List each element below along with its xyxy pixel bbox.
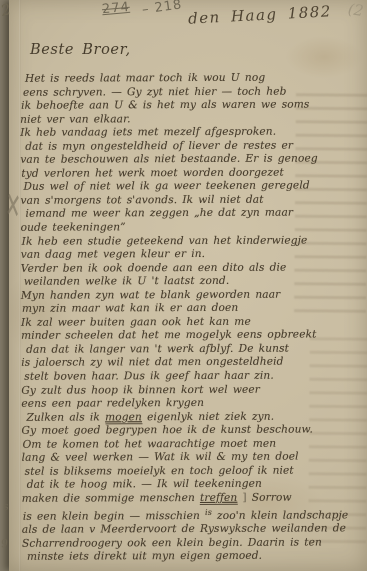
pencil-bracket: ] [237, 492, 246, 504]
underlined-word: treffen [200, 492, 237, 506]
letter-line: stelt boven haar. Dus ik geef haar haar … [24, 369, 363, 384]
letter-line: Scharrendroogery ook een klein begin. Da… [22, 536, 364, 551]
line-text: Sorrow [247, 492, 292, 504]
letter-line: minder scheelen dat het me mogelyk eens … [21, 329, 363, 344]
letter-line: weilanden welke ik U 't laatst zond. [24, 274, 363, 289]
letter-line: eens schryven. — Gy zyt niet hier — toch… [23, 85, 362, 100]
letter-line: minste iets direkt uit myn eigen gemoed. [27, 549, 364, 564]
margin-x-mark: ✕ [4, 184, 21, 229]
letter-body: Het is reeds laat maar toch ik wou U nog… [20, 71, 364, 564]
letter-line: Gy moet goed begrypen hoe ik de kunst be… [21, 423, 363, 438]
letter-line: als de laan v Meerdervoort de Ryswyksche… [22, 522, 364, 537]
margin-pencil-mark: 9 [0, 537, 8, 551]
salutation: Beste Broer, [30, 42, 131, 58]
underlined-word: mogen [105, 411, 142, 425]
letter-line: dat is myn ongesteldheid of liever de re… [25, 139, 362, 154]
letter-line: is een klein begin — misschien is zoo'n … [23, 505, 364, 524]
line-text: zoo'n klein landschapje [212, 509, 348, 522]
letter-line: iemand me weer kan zeggen „he dat zyn ma… [26, 207, 363, 222]
crossed-out-archive-number: 274 [101, 0, 130, 17]
line-text: Zulken als ik [26, 411, 105, 423]
letter-line: Zulken als ik mogen eigenlyk niet ziek z… [26, 410, 363, 425]
line-text: eigenlyk niet ziek zyn. [142, 410, 274, 423]
letter-line: Dus wel of niet wel ik ga weer teekenen … [23, 180, 362, 195]
letter-line: stel is bliksems moeielyk en toch geloof… [25, 464, 364, 479]
line-text: is een klein begin — misschien [23, 509, 205, 522]
letter-line: van te beschouwen als niet bestaande. Er… [20, 153, 362, 168]
line-text: maken die sommige menschen [22, 492, 200, 505]
corner-pencil-mark: (2 [346, 0, 364, 20]
letter-line: dan dat ik langer van 't werk afblyf. De… [26, 342, 363, 357]
letter-line: Het is reeds laat maar toch ik wou U nog [25, 71, 362, 86]
